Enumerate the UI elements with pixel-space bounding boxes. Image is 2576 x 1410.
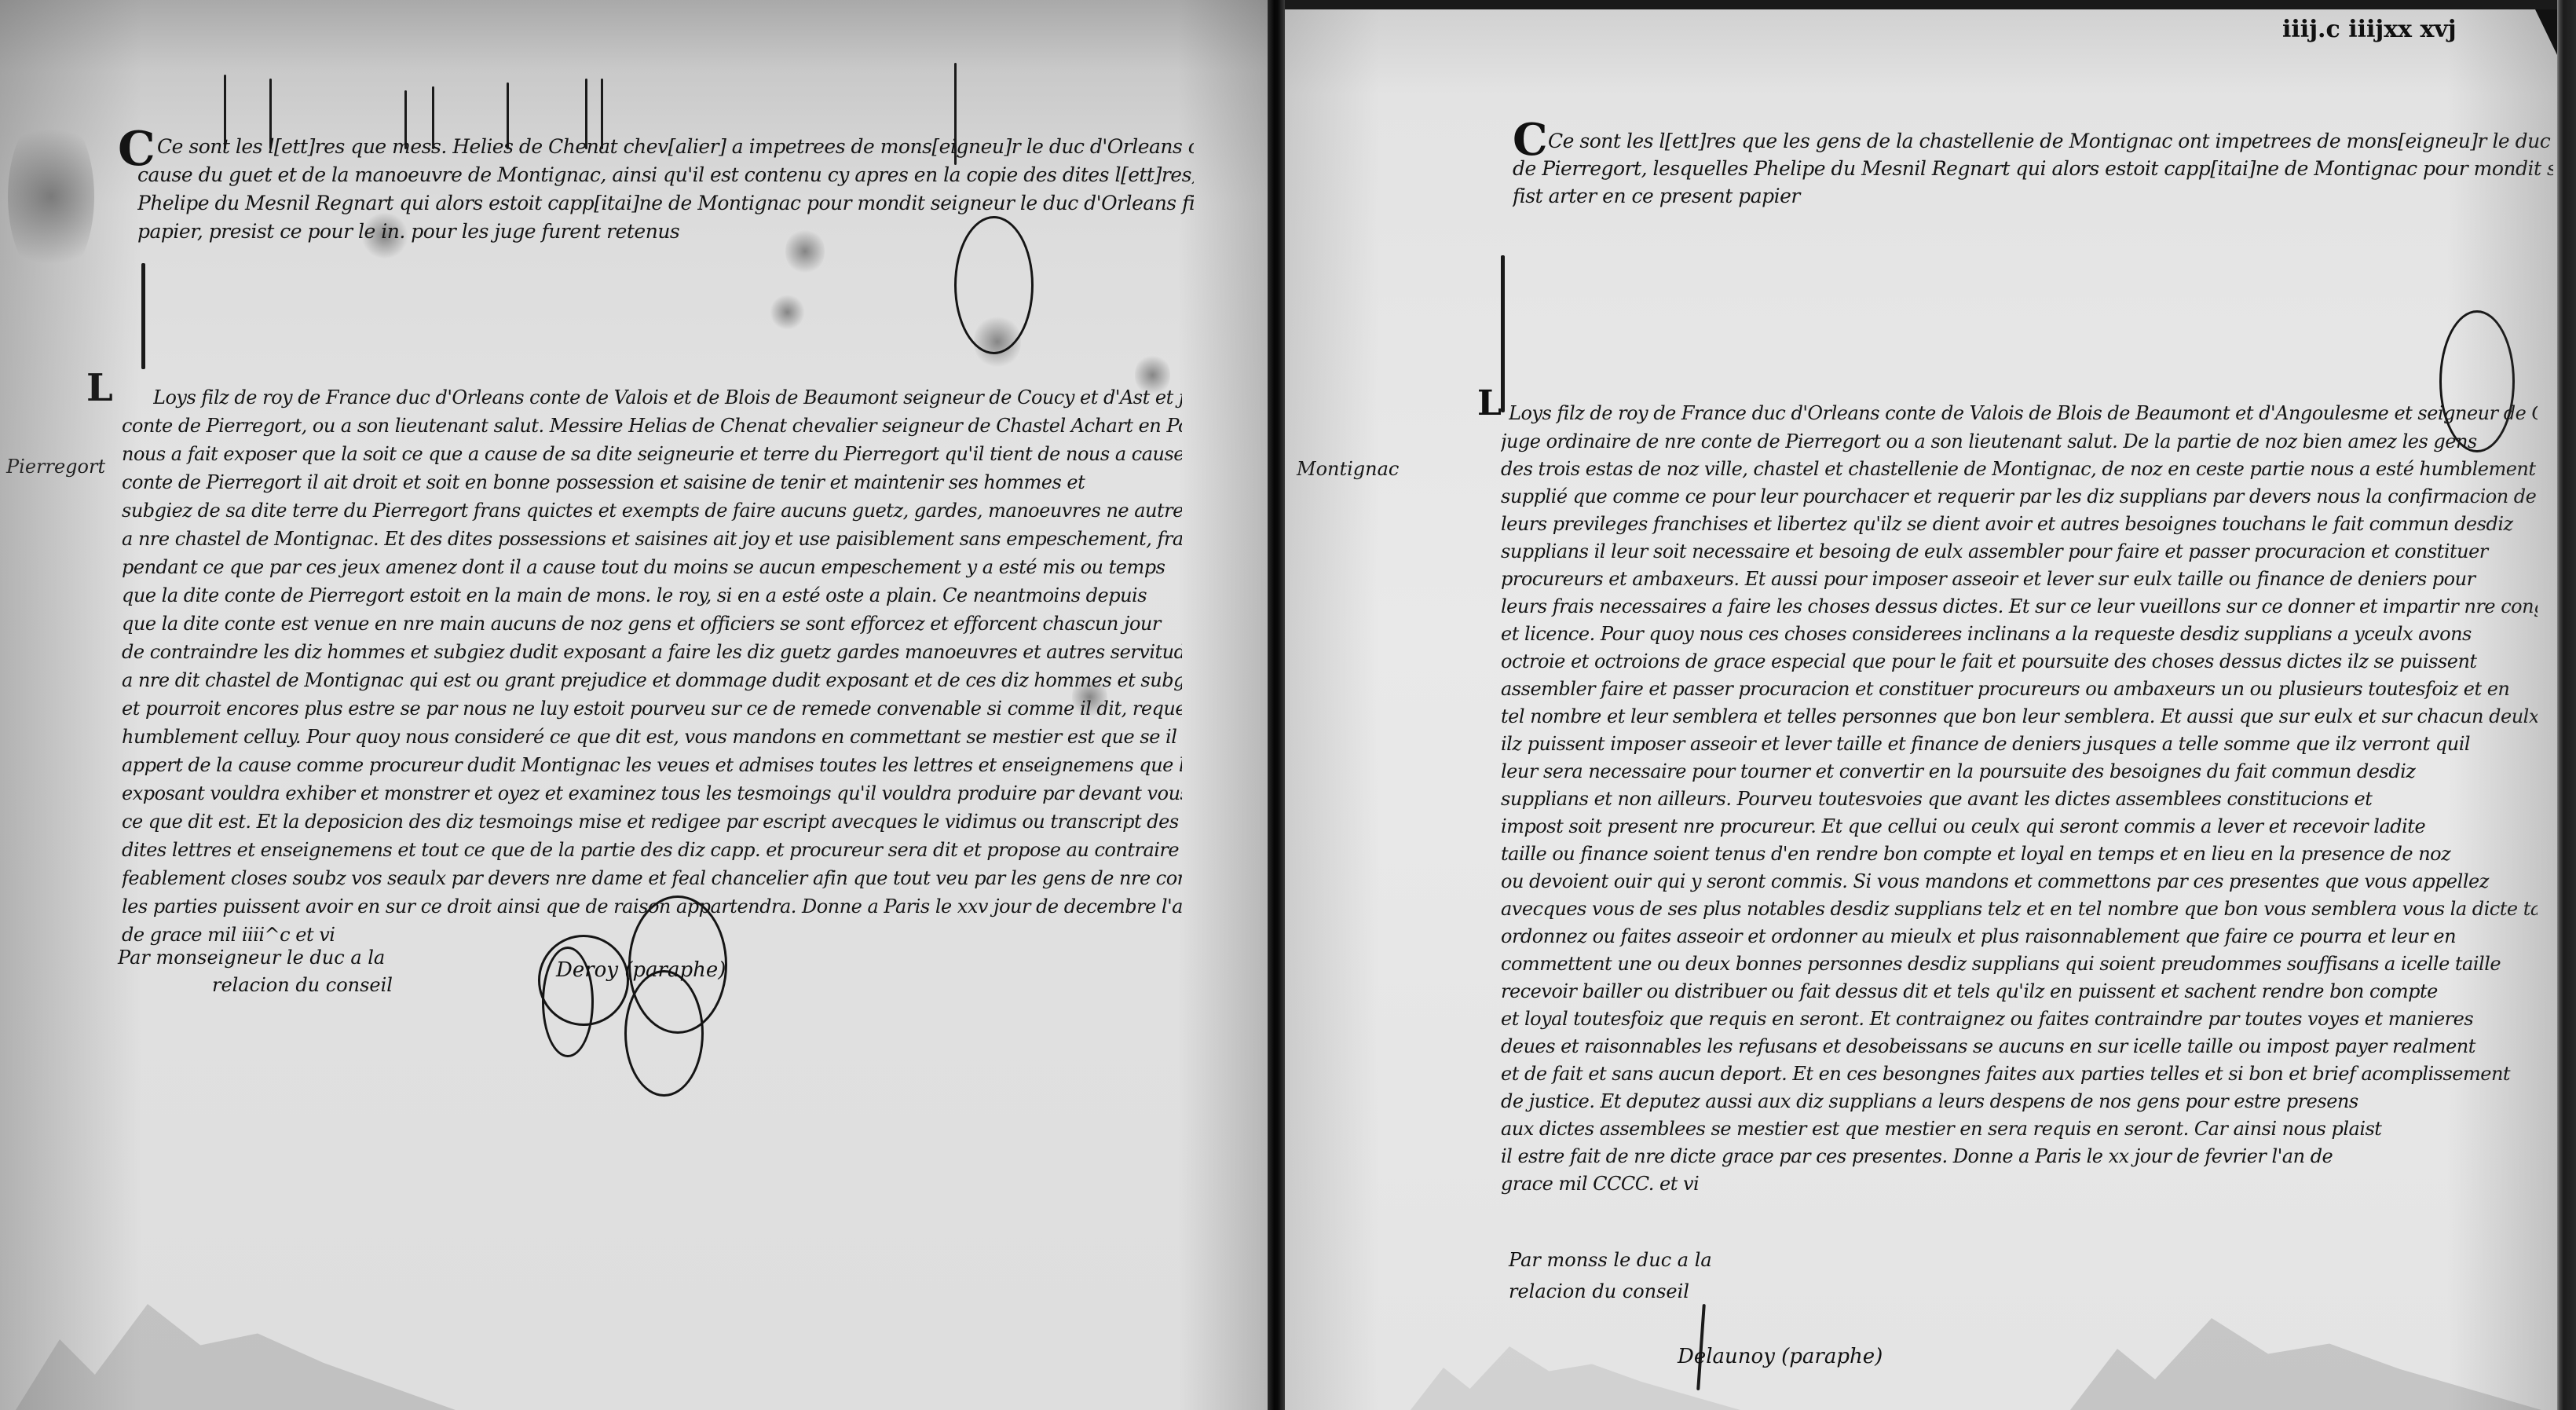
initial-l-stem [141,263,145,369]
folio-number: iiij.c iiijxx xvj [2282,16,2457,43]
body-line: exposant vouldra exhiber et monstrer et … [122,782,1182,804]
left-folio-page: C Ce sont les l[ett]res que mess. Helies… [0,0,1268,1410]
body-line: ordonnez ou faites asseoir et ordonner a… [1501,925,2538,947]
body-line: conte de Pierregort il ait droit et soit… [122,471,1182,493]
body-line: il estre fait de nre dicte grace par ces… [1501,1145,2538,1167]
subscription-line: relacion du conseil [1509,1280,1689,1302]
decorated-initial: L [86,369,113,407]
body-line: subgiez de sa dite terre du Pierregort f… [122,500,1182,522]
subscription-line: Par monseigneur le duc a la [118,947,385,969]
body-line: de contraindre les diz hommes et subgiez… [122,641,1182,663]
body-line: supplians il leur soit necessaire et bes… [1501,540,2538,562]
stain [770,295,805,330]
body-line: taille ou finance soient tenus d'en rend… [1501,843,2538,865]
right-folio-page: iiij.c iiijxx xvj C Ce sont les l[ett]re… [1285,0,2557,1410]
heading-line: papier, presist ce pour le in. pour les … [137,220,734,243]
page-right-edge [2557,0,2576,1410]
subscription-line: Par monss le duc a la [1509,1249,1712,1271]
body-line: procureurs et ambaxeurs. Et aussi pour i… [1501,568,2538,590]
stain [785,228,825,275]
body-line: appert de la cause comme procureur dudit… [122,754,1182,776]
body-line: ce que dit est. Et la deposicion des diz… [122,811,1182,833]
body-line: supplié que comme ce pour leur pourchace… [1501,485,2538,507]
body-line: humblement celluy. Pour quoy nous consid… [122,726,1182,748]
body-line: grace mil CCCC. et vi [1501,1173,1752,1195]
body-line: commettent une ou deux bonnes personnes … [1501,953,2538,975]
body-line: et de fait et sans aucun deport. Et en c… [1501,1063,2538,1085]
heading-line: fist arter en ce present papier [1513,185,1905,207]
margin-note-montignac: Montignac [1297,458,1399,480]
stain [8,110,94,283]
body-line: et pourroit encores plus estre se par no… [122,698,1182,720]
subscription-line: relacion du conseil [212,974,393,996]
body-line: aux dictes assemblees se mestier est que… [1501,1118,2538,1140]
body-line: nous a fait exposer que la soit ce que a… [122,443,1182,465]
decorated-initial: C [1513,118,1548,162]
decorated-initial: L [1477,386,1502,421]
body-line: conte de Pierregort, ou a son lieutenant… [122,415,1182,437]
body-line: que la dite conte de Pierregort estoit e… [122,584,1182,606]
heading-line: de Pierregort, lesquelles Phelipe du Mes… [1513,157,2553,180]
body-line: a nre dit chastel de Montignac qui est o… [122,669,1182,691]
loop-flourish [954,216,1034,354]
body-line: de grace mil iiii^c et vi [122,924,357,946]
body-line: impost soit present nre procureur. Et qu… [1501,815,2538,837]
body-line: Loys filz de roy de France duc d'Orleans… [1509,402,2538,424]
body-line: juge ordinaire de nre conte de Pierregor… [1501,430,2538,452]
body-line: assembler faire et passer procuracion et… [1501,678,2538,700]
body-line: tel nombre et leur semblera et telles pe… [1501,705,2538,727]
book-gutter [1268,0,1285,1410]
heading-line: cause du guet et de la manoeuvre de Mont… [137,163,1194,186]
body-line: deues et raisonnables les refusans et de… [1501,1035,2538,1057]
body-line: et loyal toutesfoiz que requis en seront… [1501,1008,2538,1030]
paraphe-loop [624,970,704,1097]
body-line: a nre chastel de Montignac. Et des dites… [122,528,1182,550]
body-line: feablement closes soubz vos seaulx par d… [122,867,1182,889]
page-top-edge [1285,0,2576,9]
body-line: et licence. Pour quoy nous ces choses co… [1501,623,2538,645]
body-line: leur sera necessaire pour tourner et con… [1501,760,2538,782]
body-line: des trois estas de noz ville, chastel et… [1501,458,2538,480]
body-line: supplians et non ailleurs. Pourveu toute… [1501,788,2538,810]
body-line: leurs previleges franchises et libertez … [1501,513,2538,535]
signature-name: Delaunoy (paraphe) [1678,1345,1883,1368]
margin-note-pierregort: Pierregort [6,456,105,478]
body-line: Loys filz de roy de France duc d'Orleans… [153,386,1182,408]
signature-name: Deroy (paraphe) [556,958,726,982]
water-damage [16,1292,456,1410]
body-line: dites lettres et enseignemens et tout ce… [122,839,1182,861]
body-line: que la dite conte est venue en nre main … [122,613,1182,635]
heading-line: Ce sont les l[ett]res que les gens de la… [1548,130,2553,152]
body-line: leurs frais necessaires a faire les chos… [1501,595,2538,617]
water-damage [2070,1308,2541,1410]
heading-line: Ce sont les l[ett]res que mess. Helies d… [157,135,1194,158]
body-line: recevoir bailler ou distribuer ou fait d… [1501,980,2538,1002]
body-line: de justice. Et deputez aussi aux diz sup… [1501,1090,2538,1112]
heading-line: Phelipe du Mesnil Regnart qui alors esto… [137,192,1194,214]
body-line: pendant ce que par ces jeux amenez dont … [122,556,1182,578]
body-line: octroie et octroions de grace especial q… [1501,650,2538,672]
body-line: ou devoient ouir qui y seront commis. Si… [1501,870,2538,892]
body-line: ilz puissent imposer asseoir et lever ta… [1501,733,2538,755]
body-line: avecques vous de ses plus notables desdi… [1501,898,2538,920]
